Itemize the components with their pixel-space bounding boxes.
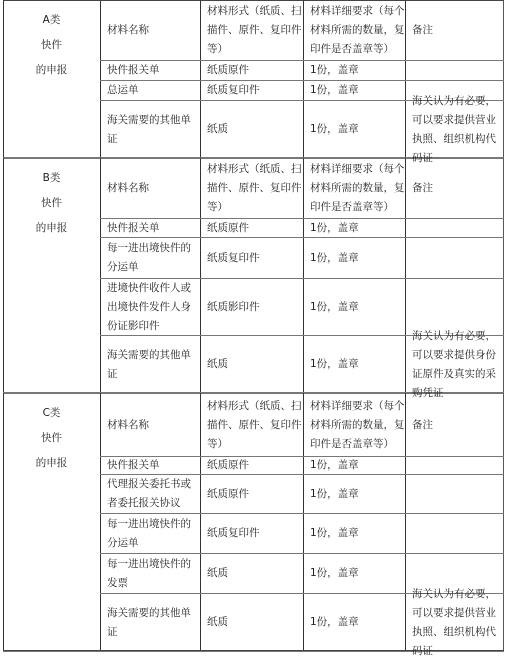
cell-name: 海关需要的其他单证 [101,101,200,158]
header-form: 材料形式（纸质、扫描件、原件、复印件等） [201,159,303,218]
cell-text: 进境快件收件人或出境快件发件人身份证影印件 [107,279,200,336]
cell-form: 纸质 [201,336,303,393]
header-text: 材料形式（纸质、扫描件、原件、复印件等） [207,397,303,454]
cell-text: 每一进出境快件的分运单 [107,515,200,553]
cell-name: 快件报关单 [101,219,200,237]
category-line: B类 [3,166,100,191]
cell-note [406,219,504,237]
cell-name: 海关需要的其他单证 [101,336,200,393]
category-line: 的申报 [3,58,100,83]
header-note: 备注 [406,159,504,218]
cell-requirement: 1份，盖章 [304,457,405,474]
cell-name: 每一进出境快件的分运单 [101,514,200,553]
header-note: 备注 [406,394,504,456]
cell-text: 海关认为有必要，可以要求提供营业执照、组织机构代码证 [412,585,504,656]
header-text: 材料详细要求（每个材料所需的数量，复印件是否盖章等） [310,160,405,217]
cell-requirement: 1份，盖章 [304,554,405,593]
cell-text: 1份，盖章 [310,81,359,100]
cell-text: 纸质原件 [207,456,249,475]
header-text: 材料形式（纸质、扫描件、原件、复印件等） [207,2,303,59]
cell-form: 纸质原件 [201,61,303,80]
cell-name: 海关需要的其他单证 [101,594,200,651]
header-text: 备注 [412,21,433,40]
cell-note [406,61,504,80]
cell-text: 纸质 [207,120,228,139]
cell-requirement: 1份，盖章 [304,594,405,651]
header-requirement: 材料详细要求（每个材料所需的数量，复印件是否盖章等） [304,394,405,456]
cell-text: 纸质原件 [207,485,249,504]
cell-requirement: 1份，盖章 [304,219,405,237]
cell-text: 快件报关单 [107,456,160,475]
header-text: 材料详细要求（每个材料所需的数量，复印件是否盖章等） [310,397,405,454]
category-label: C类快件的申报 [3,401,100,476]
cell-text: 1份，盖章 [310,524,359,543]
header-text: 材料详细要求（每个材料所需的数量，复印件是否盖章等） [310,2,405,59]
cell-requirement: 1份，盖章 [304,279,405,335]
category-line: 的申报 [3,216,100,241]
cell-text: 1份，盖章 [310,456,359,475]
header-text: 材料名称 [107,179,149,198]
category-label: A类快件的申报 [3,8,100,83]
cell-name: 进境快件收件人或出境快件发件人身份证影印件 [101,279,200,335]
cell-note [406,457,504,474]
cell-name: 总运单 [101,81,200,100]
header-text: 备注 [412,416,433,435]
cell-name: 快件报关单 [101,61,200,80]
category-line: A类 [3,8,100,33]
cell-text: 1份，盖章 [310,120,359,139]
cell-form: 纸质原件 [201,219,303,237]
cell-text: 总运单 [107,81,139,100]
cell-text: 海关认为有必要，可以要求提供营业执照、组织机构代码证 [412,92,504,168]
cell-text: 1份，盖章 [310,249,359,268]
cell-requirement: 1份，盖章 [304,475,405,513]
cell-name: 每一进出境快件的分运单 [101,238,200,278]
category-line: 的申报 [3,451,100,476]
cell-requirement: 1份，盖章 [304,336,405,393]
category-line: 快件 [3,426,100,451]
cell-text: 1份，盖章 [310,298,359,317]
cell-text: 1份，盖章 [310,219,359,238]
cell-note [406,238,504,278]
cell-form: 纸质影印件 [201,279,303,335]
cell-form: 纸质原件 [201,475,303,513]
cell-text: 海关需要的其他单证 [107,111,200,149]
cell-note [406,514,504,553]
cell-form: 纸质 [201,554,303,593]
header-text: 材料名称 [107,416,149,435]
header-name: 材料名称 [101,1,200,60]
header-text: 备注 [412,179,433,198]
cell-text: 1份，盖章 [310,61,359,80]
cell-form: 纸质原件 [201,457,303,474]
cell-text: 纸质影印件 [207,298,260,317]
category-line: 快件 [3,33,100,58]
cell-text: 1份，盖章 [310,485,359,504]
header-note: 备注 [406,1,504,60]
category-line: 快件 [3,191,100,216]
table-top-border [3,0,504,1]
cell-text: 纸质复印件 [207,81,260,100]
header-form: 材料形式（纸质、扫描件、原件、复印件等） [201,394,303,456]
header-name: 材料名称 [101,159,200,218]
table-bottom-border [3,650,504,651]
cell-text: 1份，盖章 [310,355,359,374]
cell-form: 纸质复印件 [201,238,303,278]
category-line: C类 [3,401,100,426]
cell-form: 纸质 [201,594,303,651]
cell-text: 代理报关委托书或者委托报关协议 [107,475,200,513]
cell-note: 海关认为有必要，可以要求提供身份证原件及真实的采购凭证 [406,336,504,393]
header-text: 材料名称 [107,21,149,40]
header-name: 材料名称 [101,394,200,456]
cell-text: 海关需要的其他单证 [107,604,200,642]
cell-text: 海关认为有必要，可以要求提供身份证原件及真实的采购凭证 [412,327,504,403]
cell-requirement: 1份，盖章 [304,61,405,80]
header-requirement: 材料详细要求（每个材料所需的数量，复印件是否盖章等） [304,159,405,218]
header-form: 材料形式（纸质、扫描件、原件、复印件等） [201,1,303,60]
cell-text: 纸质 [207,355,228,374]
cell-note: 海关认为有必要，可以要求提供营业执照、组织机构代码证 [406,101,504,158]
cell-text: 每一进出境快件的发票 [107,555,200,593]
cell-requirement: 1份，盖章 [304,81,405,100]
cell-note [406,475,504,513]
cell-text: 纸质 [207,564,228,583]
cell-name: 快件报关单 [101,457,200,474]
header-requirement: 材料详细要求（每个材料所需的数量，复印件是否盖章等） [304,1,405,60]
cell-text: 纸质 [207,613,228,632]
cell-form: 纸质 [201,101,303,158]
cell-form: 纸质复印件 [201,514,303,553]
cell-text: 纸质复印件 [207,524,260,543]
cell-text: 纸质原件 [207,219,249,238]
cell-text: 每一进出境快件的分运单 [107,239,200,277]
cell-text: 1份，盖章 [310,613,359,632]
header-text: 材料形式（纸质、扫描件、原件、复印件等） [207,160,303,217]
cell-text: 快件报关单 [107,61,160,80]
cell-form: 纸质复印件 [201,81,303,100]
cell-text: 1份，盖章 [310,564,359,583]
category-label: B类快件的申报 [3,166,100,241]
cell-text: 纸质原件 [207,61,249,80]
cell-text: 快件报关单 [107,219,160,238]
cell-requirement: 1份，盖章 [304,238,405,278]
cell-name: 每一进出境快件的发票 [101,554,200,593]
cell-text: 纸质复印件 [207,249,260,268]
cell-note: 海关认为有必要，可以要求提供营业执照、组织机构代码证 [406,594,504,651]
cell-requirement: 1份，盖章 [304,514,405,553]
cell-requirement: 1份，盖章 [304,101,405,158]
cell-text: 海关需要的其他单证 [107,346,200,384]
cell-name: 代理报关委托书或者委托报关协议 [101,475,200,513]
